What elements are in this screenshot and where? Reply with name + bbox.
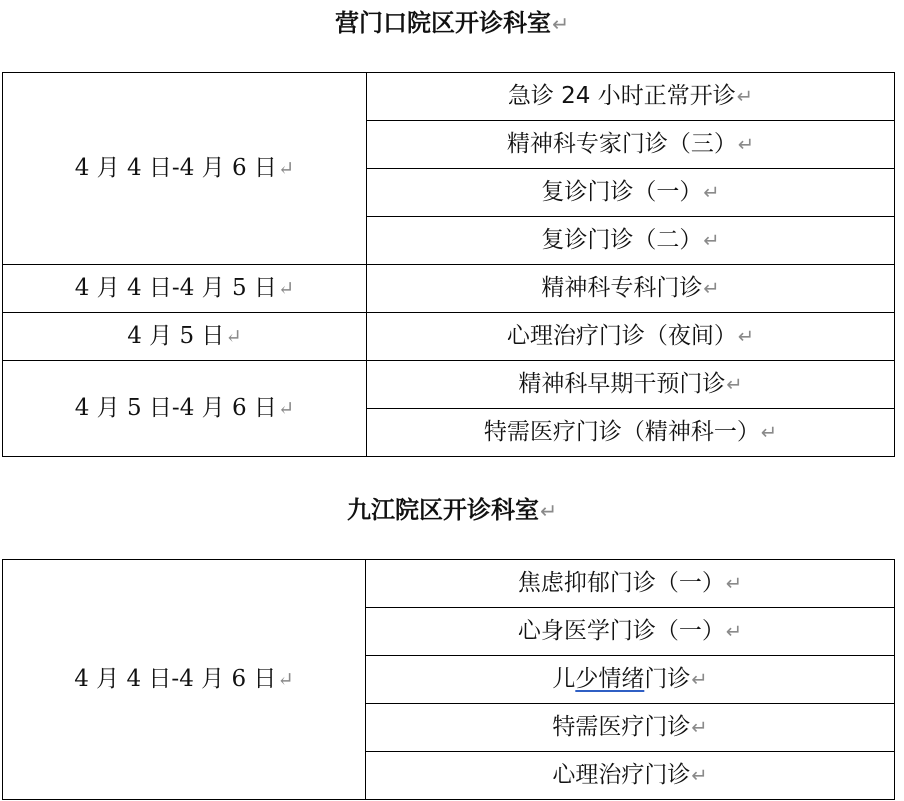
date-cell: 4 月 4 日-4 月 6 日↵ [3, 560, 366, 800]
paragraph-mark-icon: ↵ [737, 85, 753, 108]
table-row: 4 月 4 日-4 月 5 日↵ 精神科专科门诊↵ [3, 265, 895, 313]
date-cell: 4 月 4 日-4 月 5 日↵ [3, 265, 367, 313]
paragraph-mark-icon: ↵ [277, 668, 293, 691]
date-cell: 4 月 4 日-4 月 6 日↵ [3, 73, 367, 265]
department-cell: 心理治疗门诊↵ [366, 752, 895, 800]
department-cell: 复诊门诊（一）↵ [367, 169, 895, 217]
paragraph-mark-icon: ↵ [278, 277, 294, 300]
department-cell: 精神科早期干预门诊↵ [367, 361, 895, 409]
paragraph-mark-icon: ↵ [278, 397, 294, 420]
paragraph-mark-icon: ↵ [761, 421, 777, 444]
department-cell: 特需医疗门诊（精神科一）↵ [367, 409, 895, 457]
department-cell: 复诊门诊（二）↵ [367, 217, 895, 265]
paragraph-mark-icon: ↵ [552, 12, 569, 36]
section-title-jiujiang: 九江院区开诊科室↵ [0, 490, 904, 525]
department-cell: 心理治疗门诊（夜间）↵ [367, 313, 895, 361]
table-row: 4 月 4 日-4 月 6 日↵ 急诊 24 小时正常开诊↵ [3, 73, 895, 121]
department-cell: 精神科专科门诊↵ [367, 265, 895, 313]
paragraph-mark-icon: ↵ [225, 325, 241, 348]
paragraph-mark-icon: ↵ [738, 133, 754, 156]
paragraph-mark-icon: ↵ [703, 229, 719, 252]
date-cell: 4 月 5 日-4 月 6 日↵ [3, 361, 367, 457]
table-row: 4 月 5 日↵ 心理治疗门诊（夜间）↵ [3, 313, 895, 361]
table-row: 4 月 5 日-4 月 6 日↵ 精神科早期干预门诊↵ [3, 361, 895, 409]
paragraph-mark-icon: ↵ [726, 620, 742, 643]
date-cell: 4 月 5 日↵ [3, 313, 367, 361]
paragraph-mark-icon: ↵ [691, 668, 707, 691]
paragraph-mark-icon: ↵ [540, 499, 557, 523]
schedule-table-yingmenkou: 4 月 4 日-4 月 6 日↵ 急诊 24 小时正常开诊↵ 精神科专家门诊（三… [2, 72, 895, 457]
department-cell: 特需医疗门诊↵ [366, 704, 895, 752]
department-cell: 心身医学门诊（一）↵ [366, 608, 895, 656]
paragraph-mark-icon: ↵ [726, 572, 742, 595]
department-cell: 急诊 24 小时正常开诊↵ [367, 73, 895, 121]
schedule-table-jiujiang: 4 月 4 日-4 月 6 日↵ 焦虑抑郁门诊（一）↵ 心身医学门诊（一）↵ 儿… [2, 559, 895, 800]
paragraph-mark-icon: ↵ [738, 325, 754, 348]
paragraph-mark-icon: ↵ [691, 764, 707, 787]
paragraph-mark-icon: ↵ [703, 277, 719, 300]
paragraph-mark-icon: ↵ [278, 157, 294, 180]
paragraph-mark-icon: ↵ [726, 373, 742, 396]
section-title-yingmenkou: 营门口院区开诊科室↵ [0, 3, 904, 38]
department-cell: 儿少情绪门诊↵ [366, 656, 895, 704]
grammar-check-underline: 少情绪 [575, 666, 644, 692]
table-row: 4 月 4 日-4 月 6 日↵ 焦虑抑郁门诊（一）↵ [3, 560, 895, 608]
paragraph-mark-icon: ↵ [703, 181, 719, 204]
department-cell: 精神科专家门诊（三）↵ [367, 121, 895, 169]
department-cell: 焦虑抑郁门诊（一）↵ [366, 560, 895, 608]
paragraph-mark-icon: ↵ [691, 716, 707, 739]
